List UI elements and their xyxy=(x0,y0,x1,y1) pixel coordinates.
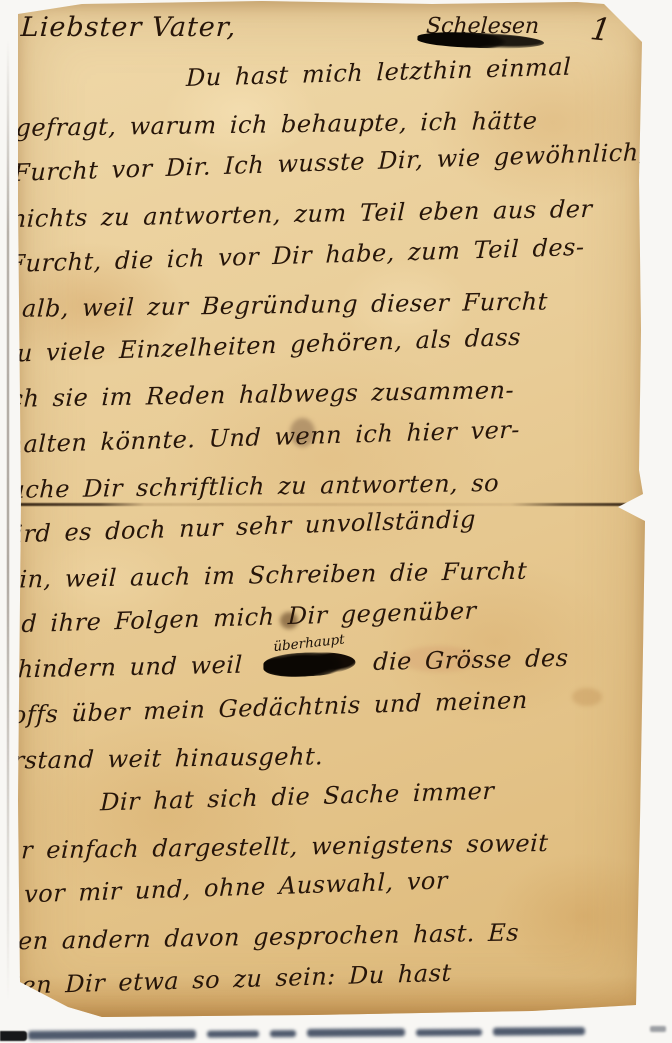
smudge-fragment xyxy=(28,1029,196,1039)
correction-post-text: die Grösse des xyxy=(373,644,569,676)
smudge-fragment xyxy=(307,1028,405,1037)
salutation: Liebster Vater, xyxy=(20,12,237,43)
scan-background: { "document": { "kind": "handwritten let… xyxy=(0,0,672,1043)
smudge-fragment xyxy=(270,1030,296,1037)
scan-edge-mark xyxy=(650,1026,666,1032)
blurred-caption-smudge xyxy=(28,1026,585,1040)
smudge-fragment xyxy=(207,1030,259,1037)
crossed-out-place-name: Schelesen xyxy=(425,14,539,39)
manuscript-text: Liebster Vater, Schelesen 1 Du hast mich… xyxy=(0,6,634,1011)
scanner-edge-line xyxy=(7,40,9,1000)
smudge-fragment xyxy=(493,1027,585,1036)
correction-pre-text: behindern und weil xyxy=(0,651,243,684)
ink-blot: überhaupt xyxy=(264,650,356,679)
paragraph-1-lines: Du hast mich letzthin einmal gefragt, wa… xyxy=(0,62,631,649)
scan-corner-mark xyxy=(0,1031,27,1041)
smudge-fragment xyxy=(416,1028,482,1035)
page-number: 1 xyxy=(588,11,613,49)
paragraph-2-lines: Dir hat sich die Sache immer sehr einfac… xyxy=(0,785,593,1011)
letter-page: Liebster Vater, Schelesen 1 Du hast mich… xyxy=(12,0,648,1018)
